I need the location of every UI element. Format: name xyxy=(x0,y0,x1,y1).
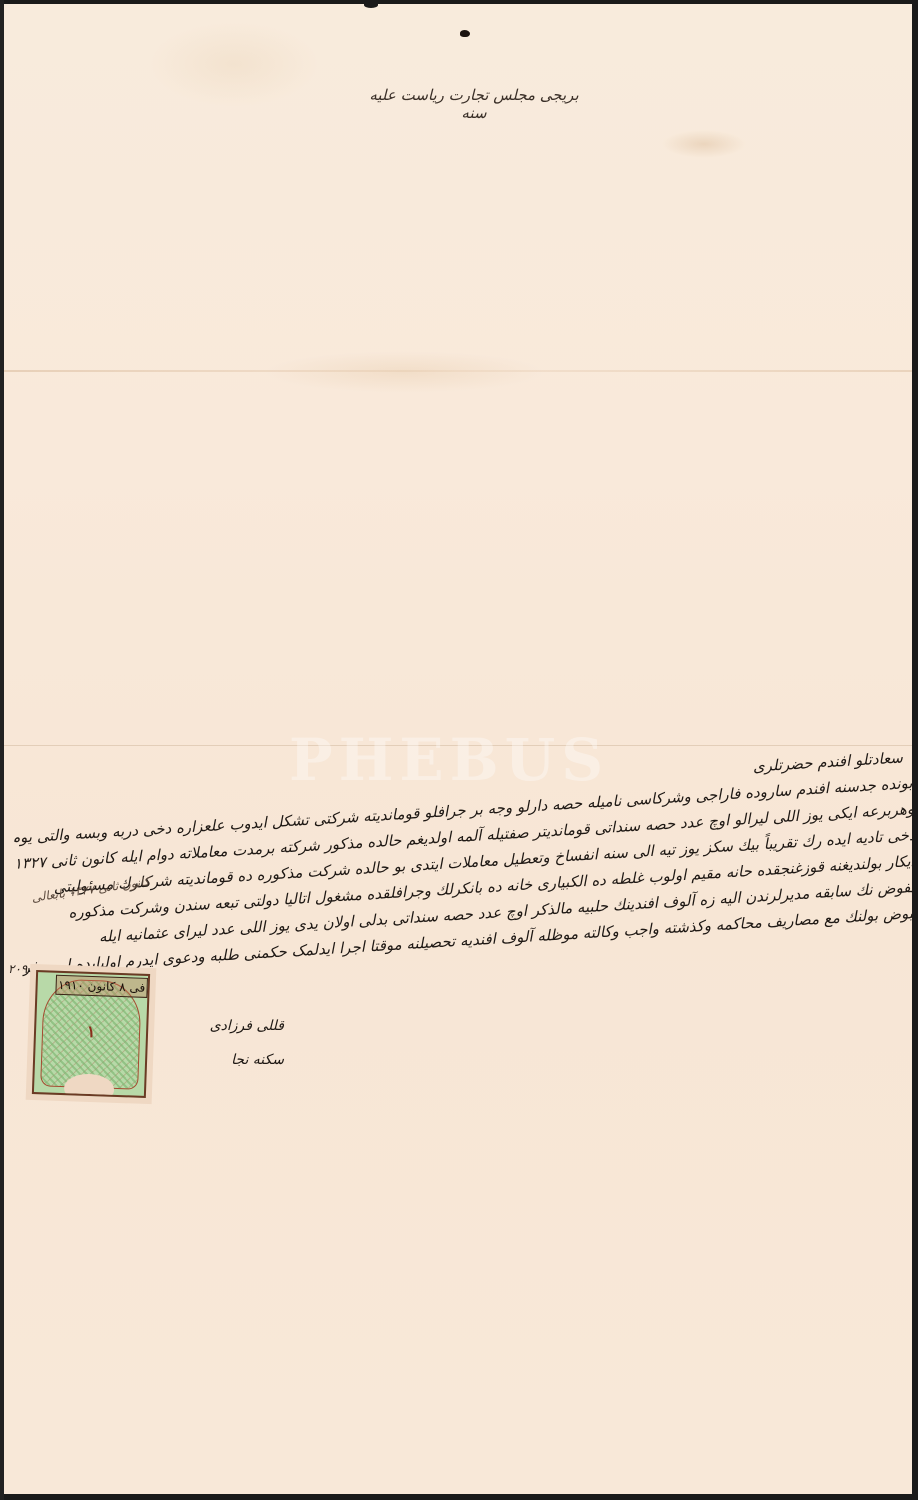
ink-blot xyxy=(460,30,470,37)
revenue-stamp: فی ۸ کانون ۱۹۱۰ ١ xyxy=(32,970,150,1098)
signature-line: قللی فرزادی xyxy=(144,1009,284,1043)
document-page: بریجی مجلس تجارت ریاست علیه سنه PHEBUS س… xyxy=(4,4,912,1494)
document-heading: بریجی مجلس تجارت ریاست علیه سنه xyxy=(364,86,584,122)
petition-body: سعادتلو افندم حضرتلری بونده جدسنه افندم … xyxy=(12,744,912,981)
signature-block: قللی فرزادی سکنه نجا xyxy=(144,1009,284,1077)
stamp-value: ١ xyxy=(36,1020,147,1043)
signature-line: سکنه نجا xyxy=(144,1043,284,1077)
page-edge-notch xyxy=(364,4,378,8)
fold-line xyxy=(4,370,912,372)
stamp-overprint: فی ۸ کانون ۱۹۱۰ xyxy=(55,975,148,998)
stamp-date-note: ۲۰۹ xyxy=(8,962,27,976)
stamp-cutout xyxy=(64,1073,115,1098)
